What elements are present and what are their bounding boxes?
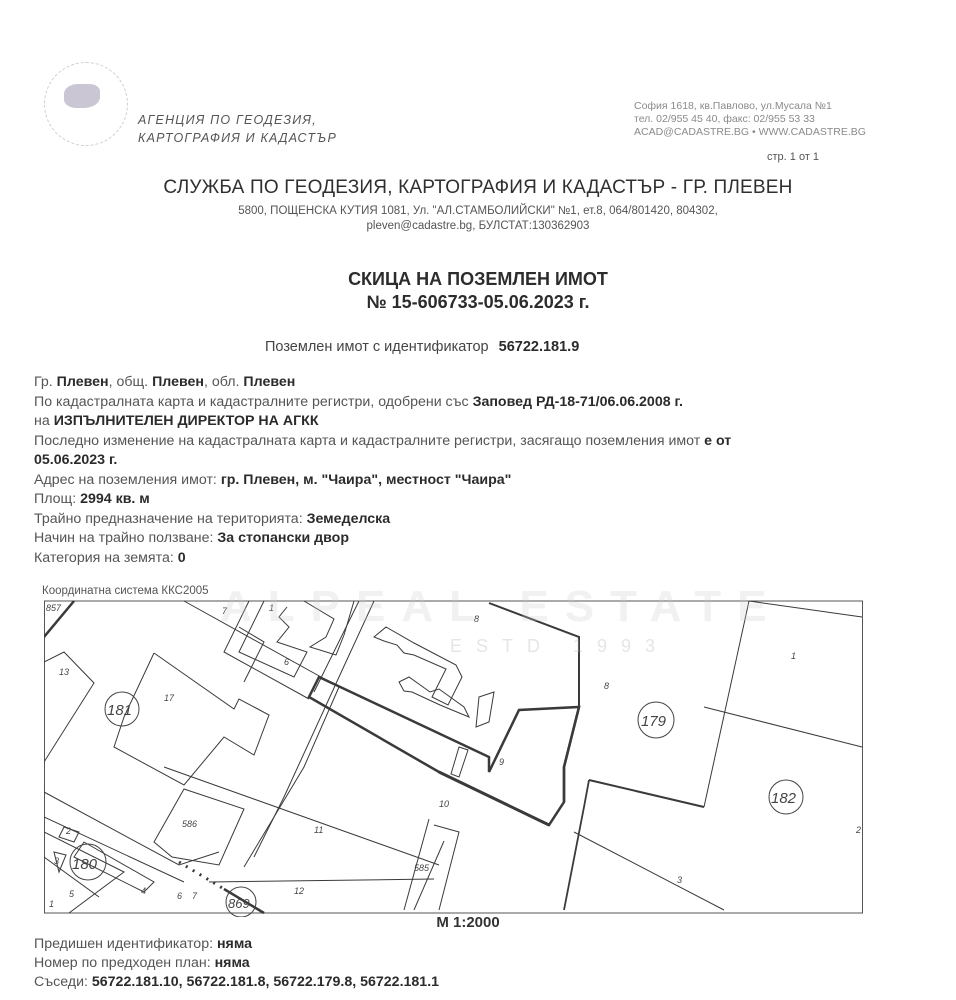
address-label: Адрес на поземления имот: — [34, 472, 217, 488]
region-label: , обл. — [204, 374, 239, 390]
neighbours-label: Съседи: — [34, 974, 88, 990]
last-change-line: Последно изменение на кадастралната карт… — [34, 432, 914, 452]
office-title: СЛУЖБА ПО ГЕОДЕЗИЯ, КАРТОГРАФИЯ И КАДАСТ… — [0, 177, 956, 199]
purpose-label: Трайно предназначение на територията: — [34, 511, 303, 527]
agency-name: АГЕНЦИЯ ПО ГЕОДЕЗИЯ, КАРТОГРАФИЯ И КАДАС… — [138, 111, 337, 147]
parcel-label: 8 — [604, 681, 609, 691]
hq-address: София 1618, кв.Павлово, ул.Мусала №1 — [634, 100, 866, 113]
category-value: 0 — [178, 550, 186, 566]
order-by-prefix: на — [34, 413, 50, 429]
municipality-label: , общ. — [109, 374, 149, 390]
category-line: Категория на земята: 0 — [34, 549, 914, 569]
approval-line: По кадастралната карта и кадастралните р… — [34, 393, 914, 413]
property-info: Гр. Плевен, общ. Плевен, обл. Плевен По … — [34, 373, 914, 568]
last-change-text: Последно изменение на кадастралната карт… — [34, 433, 700, 449]
parcel-label: 3 — [54, 856, 59, 866]
order-by-value: ИЗПЪЛНИТЕЛЕН ДИРЕКТОР НА АГКК — [54, 413, 319, 429]
location-line: Гр. Плевен, общ. Плевен, обл. Плевен — [34, 373, 914, 393]
last-change-date-line: 05.06.2023 г. — [34, 451, 914, 471]
page-number: стр. 1 от 1 — [767, 151, 819, 163]
block-label-182: 182 — [771, 790, 797, 807]
parcel-label: 2 — [65, 826, 71, 836]
approval-text: По кадастралната карта и кадастралните р… — [34, 394, 469, 410]
parcel-label: 1 — [49, 899, 54, 909]
area-line: Площ: 2994 кв. м — [34, 490, 914, 510]
parcel-label: 12 — [294, 886, 304, 896]
previous-plan-label: Номер по предходен план: — [34, 955, 211, 971]
parcel-label: 17 — [164, 693, 175, 703]
document-title-text: СКИЦА НА ПОЗЕМЛЕН ИМОТ — [0, 268, 956, 291]
usage-label: Начин на трайно ползване: — [34, 530, 213, 546]
property-identifier: Поземлен имот с идентификатор 56722.181.… — [265, 339, 579, 355]
parcel-label: 5 — [69, 889, 75, 899]
agency-name-line1: АГЕНЦИЯ ПО ГЕОДЕЗИЯ, — [138, 111, 337, 129]
parcel-label: 7 — [192, 891, 198, 901]
previous-plan-value: няма — [215, 955, 250, 971]
region-value: Плевен — [243, 374, 295, 390]
coordinate-system: Координатна система ККС2005 — [42, 585, 209, 597]
neighbours-line: Съседи: 56722.181.10, 56722.181.8, 56722… — [34, 973, 439, 992]
parcel-label: 857 — [46, 603, 62, 613]
parcel-label: 586 — [182, 819, 197, 829]
agency-name-line2: КАРТОГРАФИЯ И КАДАСТЪР — [138, 129, 337, 147]
previous-plan-line: Номер по предходен план: няма — [34, 954, 439, 973]
hq-web: ACAD@CADASTRE.BG • WWW.CADASTRE.BG — [634, 126, 866, 139]
neighbours-value: 56722.181.10, 56722.181.8, 56722.179.8, … — [92, 974, 439, 990]
parcel-label: 585 — [414, 863, 430, 873]
parcel-label: 6 — [177, 891, 182, 901]
address-value: гр. Плевен, м. "Чаира", местност "Чаира" — [221, 472, 512, 488]
office-address-line1: 5800, ПОЩЕНСКА КУТИЯ 1081, Ул. "АЛ.СТАМБ… — [0, 204, 956, 219]
block-label-181: 181 — [107, 702, 132, 719]
parcel-label: 10 — [439, 799, 449, 809]
parcel-label: 2 — [855, 825, 861, 835]
parcel-label: 6 — [284, 657, 289, 667]
usage-value: За стопански двор — [217, 530, 349, 546]
previous-id-line: Предишен идентификатор: няма — [34, 935, 439, 954]
office-address-line2: pleven@cadastre.bg, БУЛСТАТ:130362903 — [0, 219, 956, 234]
parcel-label: 1 — [791, 651, 796, 661]
parcel-label: 4 — [141, 886, 146, 896]
city-label: Гр. — [34, 374, 53, 390]
block-label-179: 179 — [641, 713, 667, 730]
hq-phone: тел. 02/955 45 40, факс: 02/955 53 33 — [634, 113, 866, 126]
municipality-value: Плевен — [152, 374, 204, 390]
last-change-suffix: е от — [704, 433, 731, 449]
identifier-value: 56722.181.9 — [499, 339, 580, 355]
area-label: Площ: — [34, 491, 76, 507]
area-value: 2994 кв. м — [80, 491, 150, 507]
usage-line: Начин на трайно ползване: За стопански д… — [34, 529, 914, 549]
parcel-label: 3 — [677, 875, 682, 885]
identifier-label: Поземлен имот с идентификатор — [265, 339, 489, 355]
block-label-869: 869 — [228, 896, 250, 911]
map-scale: M 1:2000 — [0, 914, 946, 931]
city-value: Плевен — [57, 374, 109, 390]
watermark: ALPEAL ESTATE — [220, 582, 782, 632]
address-line: Адрес на поземления имот: гр. Плевен, м.… — [34, 471, 914, 491]
parcel-label: 13 — [59, 667, 69, 677]
watermark-subtitle: ESTD 1993 — [450, 636, 669, 657]
bulgaria-map-icon — [64, 84, 100, 108]
order-value: Заповед РД-18-71/06.06.2008 г. — [473, 394, 683, 410]
previous-id-value: няма — [217, 936, 252, 952]
document-number: № 15-606733-05.06.2023 г. — [0, 291, 956, 314]
purpose-value: Земеделска — [307, 511, 391, 527]
last-change-date: 05.06.2023 г. — [34, 452, 117, 468]
parcel-label: 9 — [499, 757, 504, 767]
purpose-line: Трайно предназначение на територията: Зе… — [34, 510, 914, 530]
document-title: СКИЦА НА ПОЗЕМЛЕН ИМОТ № 15-606733-05.06… — [0, 268, 956, 314]
block-label-180: 180 — [72, 856, 98, 873]
agency-contacts: София 1618, кв.Павлово, ул.Мусала №1 тел… — [634, 100, 866, 139]
office-address: 5800, ПОЩЕНСКА КУТИЯ 1081, Ул. "АЛ.СТАМБ… — [0, 204, 956, 234]
parcel-label: 11 — [314, 825, 323, 835]
order-by-line: на ИЗПЪЛНИТЕЛЕН ДИРЕКТОР НА АГКК — [34, 412, 914, 432]
footer-info: Предишен идентификатор: няма Номер по пр… — [34, 935, 439, 992]
previous-id-label: Предишен идентификатор: — [34, 936, 213, 952]
category-label: Категория на земята: — [34, 550, 174, 566]
